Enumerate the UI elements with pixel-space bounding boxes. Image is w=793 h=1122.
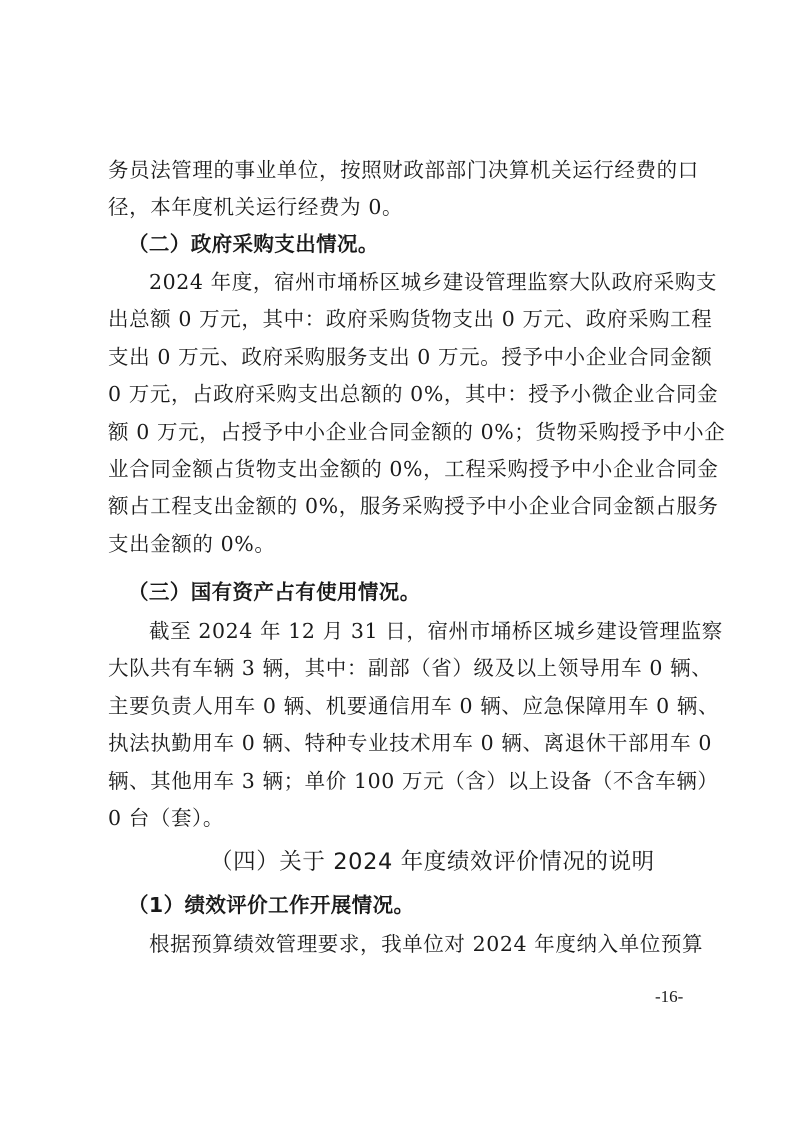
paragraph-line: 0 万元，占政府采购支出总额的 0%，其中：授予小微企业合同金: [108, 380, 688, 408]
paragraph-line: 额占工程支出金额的 0%，服务采购授予中小企业合同金额占服务: [108, 492, 688, 520]
paragraph-line: 大队共有车辆 3 辆，其中：副部（省）级及以上领导用车 0 辆、: [108, 654, 688, 682]
document-page: 务员法管理的事业单位，按照财政部部门决算机关运行经费的口 径，本年度机关运行经费…: [0, 0, 793, 1122]
paragraph-line: 务员法管理的事业单位，按照财政部部门决算机关运行经费的口: [108, 156, 688, 184]
paragraph-line: 支出金额的 0%。: [108, 530, 688, 558]
paragraph-line: 2024 年度，宿州市埇桥区城乡建设管理监察大队政府采购支: [149, 268, 729, 296]
paragraph-line: 0 台（套）。: [108, 804, 688, 832]
paragraph-line: 截至 2024 年 12 月 31 日，宿州市埇桥区城乡建设管理监察: [149, 617, 729, 645]
paragraph-line: 执法执勤用车 0 辆、特种专业技术用车 0 辆、离退休干部用车 0: [108, 729, 688, 757]
section-heading-assets: （三）国有资产占有使用情况。: [128, 578, 708, 606]
paragraph-line: 额 0 万元，占授予中小企业合同金额的 0%；货物采购授予中小企: [108, 418, 688, 446]
paragraph-line: 径，本年度机关运行经费为 0。: [108, 193, 688, 221]
paragraph-line: 辆、其他用车 3 辆；单价 100 万元（含）以上设备（不含车辆）: [108, 767, 688, 795]
subsection-heading-evaluation: （1）绩效评价工作开展情况。: [128, 891, 708, 919]
section-heading-procurement: （二）政府采购支出情况。: [128, 230, 708, 258]
paragraph-line: 根据预算绩效管理要求，我单位对 2024 年度纳入单位预算: [149, 930, 729, 958]
paragraph-line: 支出 0 万元、政府采购服务支出 0 万元。授予中小企业合同金额: [108, 343, 688, 371]
section-heading-performance: （四）关于 2024 年度绩效评价情况的说明: [210, 848, 790, 876]
page-number: -16-: [655, 987, 683, 1007]
paragraph-line: 业合同金额占货物支出金额的 0%，工程采购授予中小企业合同金: [108, 455, 688, 483]
paragraph-line: 出总额 0 万元，其中：政府采购货物支出 0 万元、政府采购工程: [108, 305, 688, 333]
paragraph-line: 主要负责人用车 0 辆、机要通信用车 0 辆、应急保障用车 0 辆、: [108, 692, 688, 720]
